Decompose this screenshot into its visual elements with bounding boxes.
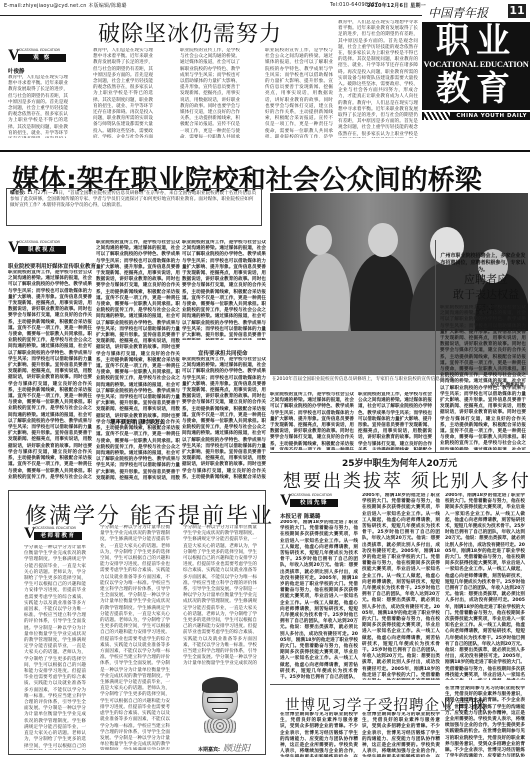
stripes-decoration — [424, 112, 450, 120]
glasses-icon — [207, 697, 233, 703]
top-col-3: 职业院校的宣传工作，是学校与社会公众之间沟通的桥梁。通过媒体的报道，社会可以了解… — [180, 48, 240, 138]
bottom-right-author: 本报记者 陈璐璐 — [280, 512, 320, 520]
column-badge-teacher: V VOCATIONAL EDUCATION 老师看教育 — [24, 526, 94, 542]
sidebar-lead: 广州市职业院校招聘会上，多家企业发布招聘岗位，应聘者积极参与，专家认为。 — [440, 253, 526, 274]
main-col-2: 职业院校的宣传工作，是学校与社会公众之间沟通的桥梁。通过媒体的报道，社会可以了解… — [96, 240, 180, 480]
sub-headline-1: 职业院校要利用好媒体宣传职业教育 — [8, 262, 96, 270]
br-col-2: 2005年，刚满18岁的他走进了职业学校的大门。凭借着勤奋与努力，他在校期间多次… — [362, 493, 440, 680]
guest-signature: 本期嘉宾:顾进阳 — [198, 741, 250, 754]
top-headline: 破除坚冰仍需努力 — [98, 17, 282, 48]
column-badge-pioneer: V VOCATIONAL EDUCATION 校园先锋 — [280, 493, 350, 509]
section-banner: 中国青年报 11 职业 VOCATIONAL EDUCATION 教育 CHIN… — [422, 2, 530, 120]
main-col-1: 职业院校的宣传工作，是学校与社会公众之间沟通的桥梁。通过媒体的报道，社会可以了解… — [8, 270, 92, 480]
shibo-col-2: 在世博会期间参与见习的职业院校学生，凭借良好的职业素养与服务意识，受到众多招聘企… — [362, 712, 440, 757]
header-rule — [0, 15, 422, 16]
sidebar-col: 职业院校的宣传工作，是学校与社会公众之间沟通的桥梁。通过媒体的报道，社会可以了解… — [440, 305, 526, 450]
br-col-1: 2005年，刚满18岁的他走进了职业学校的大门。凭借着勤奋与努力，他在校期间多次… — [280, 520, 358, 680]
main-col-3: 职业院校的宣传工作，是学校与社会公众之间沟通的桥梁。通过媒体的报道，社会可以了解… — [182, 240, 266, 340]
shibo-col-1: 在世博会期间参与见习的职业院校学生，凭借良好的职业素养与服务意识，受到众多招聘企… — [280, 712, 358, 757]
top-col-2: 教育中，人们总是在现实与理想中寻求着平衡。近年来职业教育发展取得了长足的进步，但… — [93, 48, 153, 138]
main-col-4: 职业院校的宣传工作，是学校与社会公众之间沟通的桥梁。通过媒体的报道，社会可以了解… — [270, 392, 354, 450]
top-col-4: 职业院校的宣传工作，是学校与社会公众之间沟通的桥梁。通过媒体的报道，社会可以了解… — [265, 48, 333, 138]
top-col-5: 教育中，人们总是在现实与理想中寻求着平衡。近年来职业教育发展取得了长足的进步，但… — [338, 20, 418, 138]
paper-logo: 中国青年报 — [428, 4, 488, 21]
sub-headline-2: 宣传要承担共同使命 — [198, 349, 248, 357]
bl-col-1: 学分制是一种以学分为计量单位衡量学生学业完成状况的教学管理制度。学生修满规定学分… — [24, 545, 86, 750]
main-col-3b: 职业院校的宣传工作，是学校与社会公众之间沟通的桥梁。通过媒体的报道，社会可以了解… — [182, 357, 266, 480]
section-rule — [0, 150, 530, 152]
shibo-rule — [270, 684, 440, 685]
shibo-col-3: 在世博会期间参与见习的职业院校学生，凭借良好的职业素养与服务意识，受到众多招聘企… — [445, 686, 525, 757]
column-badge-viewpoint: V VOCATIONAL EDUCATION 职教视点 — [8, 240, 78, 256]
bottom-right-rule — [270, 452, 530, 453]
bottom-right-headline: 想要出类拔萃 须比别人多付出 — [283, 467, 530, 493]
br-col-3: 2005年，刚满18岁的他走进了职业学校的大门。凭借着勤奋与努力，他在校期间多次… — [445, 493, 525, 680]
section-title-1: 职业 — [424, 22, 528, 60]
header-contact: E-mail:zhiyejiaoyu@cyd.net.cn 本版编辑/陈璐璐 — [4, 2, 127, 9]
guest-portrait — [190, 675, 250, 737]
sidebar-divider — [435, 240, 436, 452]
page-number: 11 — [508, 4, 526, 18]
main-col-5: 职业院校的宣传工作，是学校与社会公众之间沟通的桥梁。通过媒体的报道，社会可以了解… — [358, 392, 432, 450]
top-col-1: 教育中，人们总是在现实与理想中寻求着平衡。近年来职业教育发展取得了长足的进步，但… — [8, 75, 68, 138]
header-date: 2010年12月6日 星期一 — [367, 2, 426, 9]
bl-col-3: 学分制是一种以学分为计量单位衡量学生学业完成状况的教学管理制度。学生修满规定学分… — [183, 525, 257, 665]
column-badge-observe: V VOCATIONAL EDUCATION 观 察 — [8, 48, 78, 64]
sub-headline-3: 批不到好消息时要怎么 — [110, 418, 165, 426]
top-author: 叶俊静 — [8, 67, 25, 75]
section-title-2: 教育 — [424, 69, 528, 109]
section-title-en: VOCATIONAL EDUCATION — [422, 60, 530, 69]
intro-box: 编者按: 11月27日—28日，“首届全国职业院校宣传信息员研修班”在京举办，来… — [6, 188, 262, 226]
bl-col-2: 学分制是一种以学分为计量单位衡量学生学业完成状况的教学管理制度。学生修满规定学分… — [100, 525, 170, 750]
